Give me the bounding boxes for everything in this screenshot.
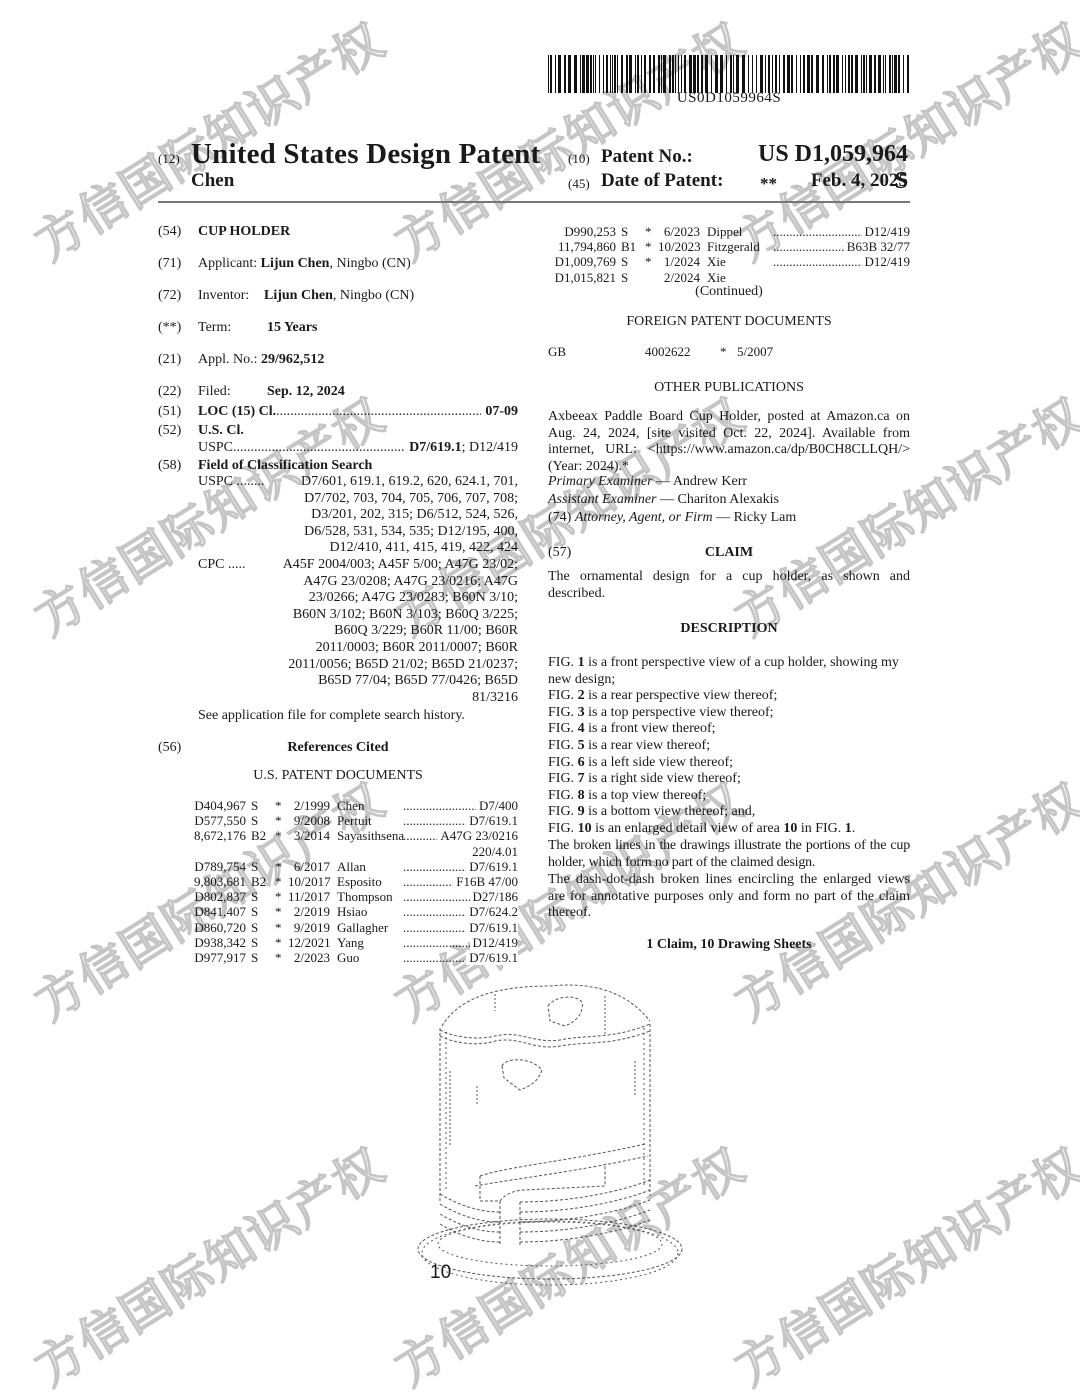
reference-row: D990,253S*6/2023DippelD12/419 (548, 224, 910, 239)
filed-label: Filed: (198, 384, 267, 400)
reference-kind: S (251, 935, 258, 950)
reference-date: 9/2019 (288, 920, 330, 935)
reference-patentee: Allan (337, 859, 366, 874)
reference-patentee: Fitzgerald (707, 239, 760, 254)
document-title: United States Design Patent (191, 138, 540, 171)
continued-note: (Continued) (548, 284, 910, 300)
examiner-cited-marker: * (275, 813, 282, 828)
cup-holder-drawing (400, 966, 700, 1296)
reference-class: D27/186 (470, 889, 519, 904)
dash-dot-statement: The dash-dot-dash broken lines encirclin… (548, 872, 910, 922)
reference-date: 3/2014 (288, 828, 330, 843)
classification-line: 2011/0056; B65D 21/02; B65D 21/0237; (198, 657, 518, 674)
classification-line: B60N 3/102; B60N 3/103; B60Q 3/225; (198, 607, 518, 624)
field-uspc-classes: D7/601, 619.1, 619.2, 620, 624.1, 701,D7… (198, 474, 518, 557)
assistant-examiner-label: Assistant Examiner (548, 492, 657, 507)
reference-number: D404,967 (188, 798, 246, 813)
reference-class: D12/419 (470, 935, 519, 950)
figure-description: FIG. 9 is a bottom view thereof; and, (548, 804, 910, 821)
classification-line: A47G 23/0208; A47G 23/0216; A47G (198, 574, 518, 591)
reference-kind: B1 (621, 239, 636, 254)
reference-number: 8,672,176 (188, 828, 246, 843)
inid-22: (22) (158, 384, 181, 400)
assistant-examiner-name: — Chariton Alexakis (660, 492, 779, 507)
description-heading: DESCRIPTION (548, 621, 910, 637)
examiner-cited-marker: * (275, 874, 282, 889)
classification-line: D12/410, 411, 415, 419, 422, 424 (198, 540, 518, 557)
classification-line: B65D 77/04; B65D 77/0426; B65D (198, 673, 518, 690)
reference-row: 220/4.01 (188, 844, 518, 859)
classification-line: 2011/0003; B60R 2011/0007; B60R (198, 640, 518, 657)
applicant-label: Applicant: (198, 256, 257, 271)
application-number-field: Appl. No.: 29/962,512 (198, 352, 324, 368)
inid-term: (**) (158, 320, 181, 336)
reference-kind: S (621, 270, 628, 285)
inventor-location: , Ningbo (CN) (333, 288, 414, 303)
inid-56: (56) (158, 740, 181, 756)
reference-date: 2/2024 (658, 270, 700, 285)
reference-row: 8,672,176B2*3/2014SayasithsenaA47G 23/02… (188, 828, 518, 843)
reference-date: 10/2017 (288, 874, 330, 889)
reference-date: 10/2023 (658, 239, 700, 254)
other-publication: Axbeeax Paddle Board Cup Holder, posted … (548, 409, 910, 475)
reference-kind: S (251, 950, 258, 965)
uspc-secondary: ; D12/419 (462, 440, 518, 455)
broken-lines-statement: The broken lines in the drawings illustr… (548, 838, 910, 871)
inid-74: (74) (548, 510, 571, 525)
reference-patentee: Yang (337, 935, 364, 950)
claim-heading: CLAIM (548, 545, 910, 561)
attorney-name: — Ricky Lam (716, 510, 796, 525)
reference-row: D841,407S*2/2019HsiaoD7/624.2 (188, 904, 518, 919)
inid-71: (71) (158, 256, 181, 272)
inid-51: (51) (158, 404, 181, 420)
foreign-ref-date: 5/2007 (737, 344, 773, 361)
reference-date: 2/1999 (288, 798, 330, 813)
reference-kind: S (621, 224, 628, 239)
reference-row: D404,967S*2/1999ChenD7/400 (188, 798, 518, 813)
reference-class: B63B 32/77 (844, 239, 910, 254)
filed-field: Filed:Sep. 12, 2024 (198, 384, 345, 400)
classification-line: D3/201, 202, 315; D6/512, 524, 526, (198, 507, 518, 524)
term-label: Term: (198, 320, 267, 336)
patent-number-label: Patent No.: (601, 146, 693, 168)
watermark: 方信国际知识产权 (720, 1128, 1080, 1397)
foreign-ref-country: GB (548, 344, 566, 361)
figure-description: FIG. 7 is a right side view thereof; (548, 771, 910, 788)
reference-class: D7/619.1 (466, 859, 518, 874)
filed-date: Sep. 12, 2024 (267, 384, 345, 399)
barcode (548, 55, 910, 93)
inid-54: (54) (158, 224, 181, 240)
reference-number: D938,342 (188, 935, 246, 950)
references-heading: References Cited (198, 740, 478, 756)
inventor-surname: Chen (191, 170, 234, 192)
classification-line: D7/702, 703, 704, 705, 706, 707, 708; (198, 491, 518, 508)
us-cl-label: U.S. Cl. (198, 423, 244, 439)
attorney: (74) Attorney, Agent, or Firm — Ricky La… (548, 510, 796, 526)
reference-patentee: Guo (337, 950, 359, 965)
examiner-cited-marker: * (275, 920, 282, 935)
reference-number: D1,009,769 (548, 254, 616, 269)
figure-10-description: FIG. 10 is an enlarged detail view of ar… (548, 821, 910, 838)
classification-line: D6/528, 531, 534, 535; D12/195, 400, (198, 524, 518, 541)
reference-patentee: Hsiao (337, 904, 367, 919)
reference-number: D1,015,821 (548, 270, 616, 285)
inid-code-12: (12) (158, 151, 180, 167)
examiner-cited-marker: * (275, 798, 282, 813)
loc-label: LOC (15) Cl. (198, 404, 276, 420)
reference-class: D7/400 (476, 798, 518, 813)
reference-number: D990,253 (548, 224, 616, 239)
inventor-name: Lijun Chen (264, 288, 333, 303)
reference-class: D12/419 (862, 224, 911, 239)
reference-patentee: Chen (337, 798, 364, 813)
reference-kind: S (621, 254, 628, 269)
primary-examiner-name: — Andrew Kerr (656, 474, 747, 489)
examiner-cited-marker: * (275, 828, 282, 843)
reference-row: 9,803,681B2*10/2017EspositoF16B 47/00 (188, 874, 518, 889)
reference-class: F16B 47/00 (453, 874, 518, 889)
figure-descriptions: FIG. 1 is a front perspective view of a … (548, 655, 910, 821)
primary-examiner-label: Primary Examiner (548, 474, 653, 489)
reference-class: D7/619.1 (466, 813, 518, 828)
examiner-cited-marker: * (645, 224, 652, 239)
reference-date: 2/2023 (288, 950, 330, 965)
attorney-label: Attorney, Agent, or Firm (575, 510, 713, 525)
claims-sheets-summary: 1 Claim, 10 Drawing Sheets (548, 937, 910, 953)
leader-dots (233, 440, 405, 456)
claim-text: The ornamental design for a cup holder, … (548, 569, 910, 602)
classification-line: B60Q 3/229; B60R 11/00; B60R (198, 623, 518, 640)
figure-description: FIG. 1 is a front perspective view of a … (548, 655, 910, 688)
foreign-ref-star: * (720, 344, 727, 361)
reference-kind: S (251, 920, 258, 935)
examiner-cited-marker: * (275, 904, 282, 919)
figure-description: FIG. 8 is a top view thereof; (548, 788, 910, 805)
reference-patentee: Xie (707, 270, 726, 285)
reference-patentee: Thompson (337, 889, 393, 904)
patent-date-label: Date of Patent: (601, 170, 723, 192)
reference-row: D1,009,769S*1/2024XieD12/419 (548, 254, 910, 269)
appl-no-label: Appl. No.: (198, 352, 258, 367)
reference-class: 220/4.01 (469, 844, 518, 859)
reference-number: 11,794,860 (548, 239, 616, 254)
reference-number: D577,550 (188, 813, 246, 828)
reference-date: 6/2017 (288, 859, 330, 874)
inid-code-45: (45) (568, 176, 590, 192)
figure-description: FIG. 4 is a front view thereof; (548, 721, 910, 738)
reference-row: D977,917S*2/2023GuoD7/619.1 (188, 950, 518, 965)
uspc-classification: USPC D7/619.1; D12/419 (198, 440, 518, 456)
reference-class: D12/419 (862, 254, 911, 269)
reference-date: 6/2023 (658, 224, 700, 239)
reference-date: 1/2024 (658, 254, 700, 269)
reference-kind: B2 (251, 828, 266, 843)
primary-examiner: Primary Examiner — Andrew Kerr (548, 474, 747, 490)
examiner-cited-marker: * (645, 254, 652, 269)
classification-line: 81/3216 (198, 690, 518, 707)
reference-patentee: Xie (707, 254, 726, 269)
reference-row: D789,754S*6/2017AllanD7/619.1 (188, 859, 518, 874)
loc-classification: LOC (15) Cl. 07-09 (198, 404, 518, 420)
uspc-label: USPC (198, 440, 233, 456)
figure-description: FIG. 6 is a left side view thereof; (548, 755, 910, 772)
reference-kind: S (251, 859, 258, 874)
foreign-ref-number: 4002622 (645, 344, 691, 361)
reference-date: 9/2008 (288, 813, 330, 828)
foreign-docs-heading: FOREIGN PATENT DOCUMENTS (548, 314, 910, 330)
figure-description: FIG. 3 is a top perspective view thereof… (548, 705, 910, 722)
reference-row: D802,837S*11/2017ThompsonD27/186 (188, 889, 518, 904)
us-references-list: D404,967S*2/1999ChenD7/400D577,550S*9/20… (188, 798, 518, 965)
barcode-number: US0D1059964S (548, 90, 910, 107)
other-publications-heading: OTHER PUBLICATIONS (548, 380, 910, 396)
reference-date: 2/2019 (288, 904, 330, 919)
reference-number: D802,837 (188, 889, 246, 904)
search-history-note: See application file for complete search… (198, 708, 465, 724)
reference-kind: S (251, 813, 258, 828)
field-search-label: Field of Classification Search (198, 458, 372, 474)
us-patent-docs-heading: U.S. PATENT DOCUMENTS (198, 768, 478, 784)
inventor-field: Inventor:Lijun Chen, Ningbo (CN) (198, 288, 414, 304)
patent-date: Feb. 4, 2025 (790, 170, 908, 192)
applicant-name: Lijun Chen (261, 256, 330, 271)
leader-dots (403, 798, 483, 813)
reference-number: D977,917 (188, 950, 246, 965)
reference-patentee: Pertuit (337, 813, 372, 828)
reference-date: 12/2021 (288, 935, 330, 950)
reference-number: D860,720 (188, 920, 246, 935)
reference-patentee: Sayasithsena (337, 828, 404, 843)
us-references-list-continued: D990,253S*6/2023DippelD12/41911,794,860B… (548, 224, 910, 285)
reference-kind: S (251, 798, 258, 813)
reference-class: D7/624.2 (466, 904, 518, 919)
reference-row: D860,720S*9/2019GallagherD7/619.1 (188, 920, 518, 935)
reference-kind: S (251, 904, 258, 919)
reference-numeral: 10 (430, 1262, 451, 1284)
reference-class: A47G 23/0216 (437, 828, 518, 843)
reference-patentee: Gallagher (337, 920, 388, 935)
reference-kind: B2 (251, 874, 266, 889)
inid-21: (21) (158, 352, 181, 368)
inid-72: (72) (158, 288, 181, 304)
term-marker: ** (760, 174, 777, 194)
applicant-field: Applicant: Lijun Chen, Ningbo (CN) (198, 256, 411, 272)
appl-no-value: 29/962,512 (261, 352, 324, 367)
reference-kind: S (251, 889, 258, 904)
reference-number: D841,407 (188, 904, 246, 919)
reference-patentee: Dippel (707, 224, 742, 239)
reference-row: D1,015,821S2/2024Xie (548, 270, 910, 285)
reference-number: D789,754 (188, 859, 246, 874)
reference-row: D938,342S*12/2021YangD12/419 (188, 935, 518, 950)
loc-value: 07-09 (481, 404, 518, 420)
classification-line: D7/601, 619.1, 619.2, 620, 624.1, 701, (198, 474, 518, 491)
examiner-cited-marker: * (275, 889, 282, 904)
figure-description: FIG. 2 is a rear perspective view thereo… (548, 688, 910, 705)
watermark: 方信国际知识产权 (20, 1128, 396, 1397)
inventor-label: Inventor: (198, 288, 264, 304)
applicant-location: , Ningbo (CN) (329, 256, 410, 271)
reference-number: 9,803,681 (188, 874, 246, 889)
examiner-cited-marker: * (275, 859, 282, 874)
reference-row: 11,794,860B1*10/2023FitzgeraldB63B 32/77 (548, 239, 910, 254)
reference-row: D577,550S*9/2008PertuitD7/619.1 (188, 813, 518, 828)
reference-class: D7/619.1 (466, 920, 518, 935)
inid-58: (58) (158, 458, 181, 474)
reference-patentee: Esposito (337, 874, 382, 889)
examiner-cited-marker: * (645, 239, 652, 254)
inid-52: (52) (158, 423, 181, 439)
examiner-cited-marker: * (275, 950, 282, 965)
examiner-cited-marker: * (275, 935, 282, 950)
field-cpc-classes: A45F 2004/003; A45F 5/00; A47G 23/02;A47… (198, 557, 518, 706)
classification-line: 23/0266; A47G 23/0283; B60N 3/10; (198, 590, 518, 607)
term-field: Term:15 Years (198, 320, 317, 336)
header-divider (158, 201, 910, 203)
reference-class: D7/619.1 (466, 950, 518, 965)
leader-dots (276, 404, 481, 420)
inid-code-10: (10) (568, 151, 590, 167)
classification-line: A45F 2004/003; A45F 5/00; A47G 23/02; (198, 557, 518, 574)
figure-description: FIG. 5 is a rear view thereof; (548, 738, 910, 755)
uspc-primary: D7/619.1 (409, 440, 462, 455)
assistant-examiner: Assistant Examiner — Chariton Alexakis (548, 492, 779, 508)
design-title: CUP HOLDER (198, 224, 290, 240)
term-value: 15 Years (267, 320, 317, 335)
reference-date: 11/2017 (288, 889, 330, 904)
